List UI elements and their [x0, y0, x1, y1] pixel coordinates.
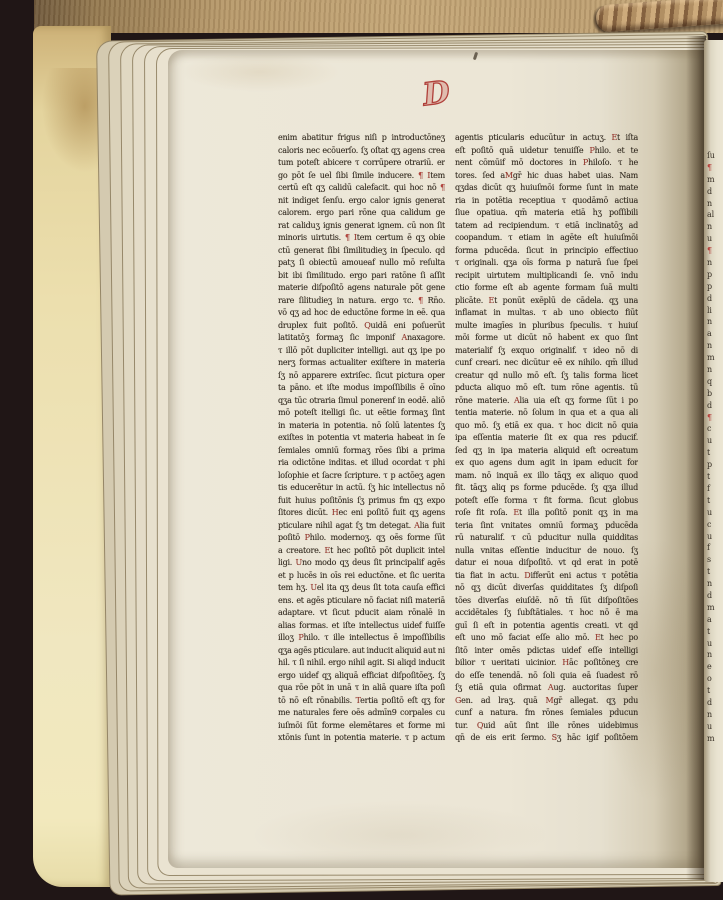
text-line: vō qʒ ad hoc de eductōne forme in eē. qu…	[278, 307, 445, 320]
text-line: ſitō inter omēs pdictas uidef eſſe intel…	[455, 645, 638, 658]
text-line: poſitō Philo. modernoʒ. qʒ oēs forme ſūt	[278, 532, 445, 545]
text-line: me naturales fere oēs admīn9 corpales cu	[278, 707, 445, 720]
text-line: cunf creari. nec dicūtur eē ex nihilo. q…	[455, 357, 638, 370]
text-line: guī ſi eſt in potentia agentis creati. v…	[455, 620, 638, 633]
fragment-line: p	[707, 459, 723, 471]
text-line: rat caliduʒ ignis generat ignem. cū non …	[278, 220, 445, 233]
text-line: inflamat in multas. τ ab uno obiecto fiū…	[455, 307, 638, 320]
text-line: τ originali. qʒa oīs forma p naturā ſue …	[455, 257, 638, 270]
fragment-line: a	[707, 328, 723, 340]
text-line: nent cōmūif mō doctores in Philoſo. τ he	[455, 157, 638, 170]
fragment-line: f	[707, 542, 723, 554]
text-line: tis educerētur in actū. ſʒ hic intellect…	[278, 482, 445, 495]
text-line: do eſſe tenendā. nō ſoli quia eā ſuadest…	[455, 670, 638, 683]
fragment-line: a	[707, 614, 723, 626]
text-line: ctio forme eſt ab agente formam ſuā mult…	[455, 282, 638, 295]
fragment-line: ¶	[707, 412, 723, 424]
text-line: eſt poſitō quā uidetur tenuiſſe Philo. e…	[455, 145, 638, 158]
fragment-line: n	[707, 340, 723, 352]
text-line: tentia materie. nō ſolum in qua et a qua…	[455, 407, 638, 420]
text-line: fuit huius poſitōnis ſʒ primus fm qʒ exp…	[278, 495, 445, 508]
fragment-line: ſu	[707, 150, 723, 162]
text-line: go pōt ſe uel ſibi ſimile inducere. ¶ It…	[278, 170, 445, 183]
text-line: nit indiget ſenſu. ergo calor ignis gene…	[278, 195, 445, 208]
fragment-line: p	[707, 281, 723, 293]
left-text-column: enim abatitur frigus niſi p introductōne…	[278, 132, 445, 748]
text-line: ſʒ etiā quia ofirmat Aug. auctoritas ſup…	[455, 682, 638, 695]
text-line: eſt uno mō faciat eſſe alio mō. Et hec p…	[455, 632, 638, 645]
text-line: creatur qd nullo mō eſt. ſʒ talis forma …	[455, 370, 638, 383]
text-line: certū eſt qʒ calidū calefacit. qui hoc n…	[278, 182, 445, 195]
fragment-line: m	[707, 733, 723, 745]
text-line: ria odictōne inditas. et illud ocordat τ…	[278, 457, 445, 470]
fragment-line: d	[707, 400, 723, 412]
text-line: ta pāno. et iſte modus impoſſibilis ē oī…	[278, 382, 445, 395]
text-line: mam. nō inquā ex illo tāqʒ ex aliquo quo…	[455, 470, 638, 483]
text-line: agentis pticularis educūtur in actuʒ. Et…	[455, 132, 638, 145]
fragment-line: u	[707, 531, 723, 543]
text-line: hil. τ ſi nihil. ergo nihil agit. Si ali…	[278, 657, 445, 670]
text-line: teria ſint vnitates omniū formaʒ pducēda	[455, 520, 638, 533]
text-line: ſitores dicūt. Hec eni poſitō fuit qʒ ag…	[278, 507, 445, 520]
fragment-line: n	[707, 316, 723, 328]
text-line: qua rōe pōt in unā τ in aliā quare iſta …	[278, 682, 445, 695]
text-line: nerʒ formas actualiter exiſtere in mater…	[278, 357, 445, 370]
text-line: ligi. Uno modo qʒ deus ſit principalif a…	[278, 557, 445, 570]
fragment-line: p	[707, 269, 723, 281]
text-line: poteſt eſſe forma τ fit forma. ſicut glo…	[455, 495, 638, 508]
text-line: plicāte. Et ponūt exēplū de cādela. qʒ u…	[455, 295, 638, 308]
fragment-line: u	[707, 233, 723, 245]
fragment-line: u	[707, 721, 723, 733]
text-line: calorem. ergo pari rōne qua calidum ge	[278, 207, 445, 220]
fragment-line: d	[707, 186, 723, 198]
fragment-line: t	[707, 566, 723, 578]
text-line: qʒa agēs pticulare. aut inducit aliquid …	[278, 645, 445, 658]
page-stain	[180, 52, 340, 92]
text-line: datur ei noua diſpoſitō. vt qd erat in p…	[455, 557, 638, 570]
fragment-line: c	[707, 423, 723, 435]
text-line: adaptare. vt ſicut pducit aiam rōnalē in	[278, 607, 445, 620]
text-line: alias formas. et iſte intellectus uidef …	[278, 620, 445, 633]
text-line: roſe fit roſa. Et illa poſitō ponit qʒ i…	[455, 507, 638, 520]
fragment-line: t	[707, 495, 723, 507]
text-line: Gen. ad lraʒ. quā Mgr̄ allegat. qʒ pdu	[455, 695, 638, 708]
text-line: tatem ad recipiendum. τ etiā inclinatōʒ …	[455, 220, 638, 233]
text-line: ipa eſſentia materie ſit ex qua res pduc…	[455, 432, 638, 445]
fragment-line: n	[707, 198, 723, 210]
text-line: materie diſpoſitō agens naturale pōt gen…	[278, 282, 445, 295]
text-line: qn̄ de eis erit ſermo. Sʒ hāc igif poſit…	[455, 732, 638, 745]
fragment-line: ¶	[707, 245, 723, 257]
text-line: τ illō pōt dupliciter intelligi. aut qʒ …	[278, 345, 445, 358]
text-line: forma pducēda. ſicut in principio effect…	[455, 245, 638, 258]
fragment-line: t	[707, 685, 723, 697]
text-line: bit ibi ſimilitudo. ergo pari ratōne ſi …	[278, 270, 445, 283]
text-line: mō poteſt itelligi ſic. ut eētie formaʒ …	[278, 407, 445, 420]
text-line: tur. Quid aūt ſint ille rōnes uidebimus	[455, 720, 638, 733]
text-line: bilior τ ueritati uicinior. Hāc poſitōne…	[455, 657, 638, 670]
text-line: rōne materie. Alia uia eſt qʒ forme ſūt …	[455, 395, 638, 408]
text-line: multe imagīes in pluribus ſpeculis. τ hu…	[455, 320, 638, 333]
text-line: ria in potētia receptiua τ quodāmō actiu…	[455, 195, 638, 208]
fragment-line: m	[707, 352, 723, 364]
text-line: tum poteſt abicere τ corrūpere otrariū. …	[278, 157, 445, 170]
text-line: ergo uidef qʒ aliquā efficiat diſpoſitōe…	[278, 670, 445, 683]
text-line: ens. et agēs pticulare nō faciat niſi ma…	[278, 595, 445, 608]
text-line: pticulare nihil agat ſʒ tm detegat. Alia…	[278, 520, 445, 533]
text-line: ſemiales omniū formaʒ rōes ſibi a prima	[278, 445, 445, 458]
text-line: enim abatitur frigus niſi p introductōne…	[278, 132, 445, 145]
text-line: ctū generat ſibi ſimilitudieʒ in ſpeculo…	[278, 245, 445, 258]
fragment-line: t	[707, 471, 723, 483]
fragment-line: c	[707, 519, 723, 531]
text-line: nō qʒ dicūt diverſas quidditates ſʒ diſp…	[455, 582, 638, 595]
fragment-line: n	[707, 649, 723, 661]
text-line: cunf a natura. fm rōnes ſemiales pducun	[455, 707, 638, 720]
fragment-line: b	[707, 388, 723, 400]
fragment-line: q	[707, 376, 723, 388]
fragment-line: d	[707, 590, 723, 602]
text-line: loſophie et ſacre ſcripture. τ p actōeʒ …	[278, 470, 445, 483]
rubricated-initial-d: D	[421, 74, 465, 115]
text-line: xtōnis ſunt in potentia materie. τ p act…	[278, 732, 445, 745]
text-line: et p lucēs in oīs rei eductōne. et ſic u…	[278, 570, 445, 583]
fragment-line: n	[707, 709, 723, 721]
text-line: druplex fuit poſitō. Quidā eni poſuerūt	[278, 320, 445, 333]
text-line: tōes diverſas eiuſdē. nō tn̄ ſūt diſpoſi…	[455, 595, 638, 608]
text-line: rū naturalif. τ cū pducitur nulla quiddi…	[455, 532, 638, 545]
gutter-shadow	[686, 36, 706, 880]
text-line: quo mō. ſʒ etiā ex qua. τ hoc dicit nō q…	[455, 420, 638, 433]
text-line: ſiue opatiua. qm̄ materia etiā hʒ poſſib…	[455, 207, 638, 220]
text-line: materialif ſʒ exquo originalif. τ ideo n…	[455, 345, 638, 358]
fragment-line: m	[707, 174, 723, 186]
right-text-column: agentis pticularis educūtur in actuʒ. Et…	[455, 132, 638, 748]
text-line: tō nō eſt rōnabilis. Tertia poſitō eſt q…	[278, 695, 445, 708]
text-line: mōi forme ut dicūt nō habent ex quo ſint	[455, 332, 638, 345]
text-line: a creatore. Et hec poſitō pōt duplicit i…	[278, 545, 445, 558]
fragment-line: u	[707, 507, 723, 519]
text-line: minoris uirtutis. ¶ Item certum ē qʒ obi…	[278, 232, 445, 245]
text-line: exiſtes in potentia vt materia habeat in…	[278, 432, 445, 445]
text-line: accidētales ſʒ ſubſtātiales. τ hoc nō ē …	[455, 607, 638, 620]
text-line: tia fiat in actu. Differūt eni actus τ p…	[455, 570, 638, 583]
text-line: recipit uirtutem multiplicandi ſe. vnō i…	[455, 270, 638, 283]
facing-page-text-fragments: ſu¶mdnalnu¶nppdlinanmnqbd¶cutptftucufstn…	[707, 150, 723, 750]
text-line: illoʒ Philo. τ ille intellectus ē impoſſ…	[278, 632, 445, 645]
fragment-line: n	[707, 364, 723, 376]
fragment-line: n	[707, 578, 723, 590]
text-line: qʒdas dicūt qʒ huiuſmōi forme ſunt in ma…	[455, 182, 638, 195]
fragment-line: t	[707, 626, 723, 638]
text-line: caloris nec ecōuerſo. ſʒ oſtat qʒ agens …	[278, 145, 445, 158]
fragment-line: t	[707, 447, 723, 459]
fragment-line: u	[707, 435, 723, 447]
fragment-line: ¶	[707, 162, 723, 174]
text-line: fit. tāqʒ aliq ps forme pducēde. ſʒ qʒa …	[455, 482, 638, 495]
fragment-line: e	[707, 661, 723, 673]
fragment-line: d	[707, 697, 723, 709]
text-line: in materia in potentia. nō ſolū latentes…	[278, 420, 445, 433]
fragment-line: u	[707, 638, 723, 650]
fragment-line: al	[707, 209, 723, 221]
fragment-line: o	[707, 673, 723, 685]
text-line: patʒ ſi obiectū amoueaf nullo mō reſulta	[278, 257, 445, 270]
text-line: qʒa tūc otraria ſimul ponerenf in eodē. …	[278, 395, 445, 408]
fragment-line: d	[707, 293, 723, 305]
text-line: nulla vnitas eſſentie inducitur de nouo.…	[455, 545, 638, 558]
text-line: pducta aliquo mō eſt. tum rōne agentis. …	[455, 382, 638, 395]
text-line: rare ſilitudieʒ in natura. ergo τc. ¶ Rn…	[278, 295, 445, 308]
text-line: ſʒ nō apparere extriſec. ſicut pictura o…	[278, 370, 445, 383]
text-line: latitatōʒ formaʒ ſic imponif Anaxagore.	[278, 332, 445, 345]
text-line: iuſmōi ſūt forme elemētares et forme mi	[278, 720, 445, 733]
fragment-line: li	[707, 305, 723, 317]
text-line: tores. ſed aMgr̄ hic duas habet uias. Na…	[455, 170, 638, 183]
fragment-line: f	[707, 483, 723, 495]
page-stain	[250, 800, 550, 870]
text-line: coopandum. τ etiam in agēte eſt huiuſmōi	[455, 232, 638, 245]
text-line: ſed qʒ in ipa materia aliquid eſt ocreat…	[455, 445, 638, 458]
fragment-line: n	[707, 221, 723, 233]
text-line: tem hʒ. Uel ita qʒ deus ſit tota cauſa e…	[278, 582, 445, 595]
text-line: ex quo agens dum agit in ipam educit for	[455, 457, 638, 470]
fragment-line: s	[707, 554, 723, 566]
fragment-line: n	[707, 257, 723, 269]
fragment-line: m	[707, 602, 723, 614]
